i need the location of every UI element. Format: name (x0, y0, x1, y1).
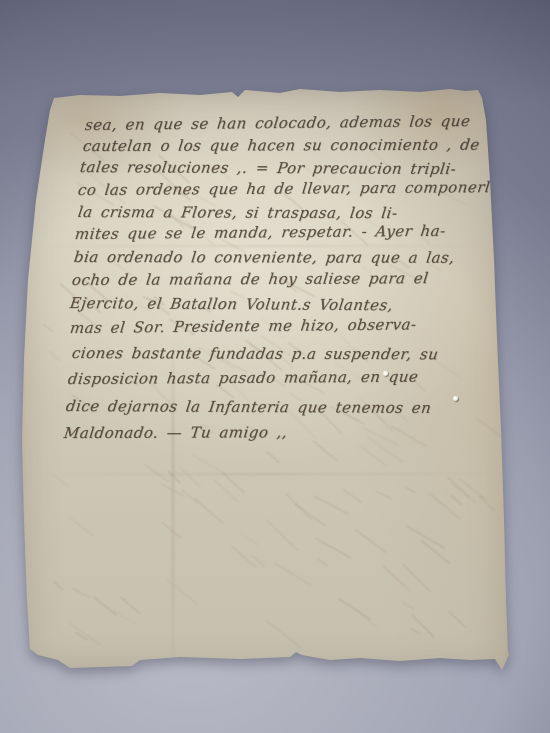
handwriting-line: disposicion hasta pasado mañana, en que (67, 367, 420, 389)
handwriting-line: cautelan o los que hacen su conocimiento… (82, 135, 481, 156)
handwriting-line: Maldonado. — Tu amigo ,, (63, 422, 289, 443)
letter-paper: sea, en que se han colocado, ademas los … (0, 0, 550, 733)
photo-backdrop: sea, en que se han colocado, ademas los … (0, 0, 550, 733)
handwriting: sea, en que se han colocado, ademas los … (20, 85, 510, 675)
handwriting-line: co las ordenes que ha de llevar, para co… (77, 177, 501, 200)
paper-speck (383, 371, 388, 376)
handwriting-line: la crisma a Flores, si traspasa, los li- (77, 202, 399, 223)
handwriting-line: Ejercito, el Batallon Volunt.s Volantes, (69, 293, 395, 315)
handwriting-line: ciones bastante fundadas p.a suspender, … (71, 343, 440, 364)
handwriting-line: bia ordenado lo conveniente, para que a … (73, 247, 456, 268)
paper-sheet: sea, en que se han colocado, ademas los … (20, 85, 510, 675)
handwriting-line: tales resoluciones ,. = Por precaucion t… (79, 157, 458, 179)
handwriting-line: sea, en que se han colocado, ademas los … (84, 111, 472, 135)
handwriting-line: ocho de la mañana de hoy saliese para el (71, 268, 430, 290)
handwriting-line: mas el Sor. Presidente me hizo, observa- (69, 314, 418, 338)
handwriting-line: mites que se le manda, respetar. - Ayer … (74, 221, 447, 244)
handwriting-line: dice dejarnos la Infanteria que tenemos … (65, 396, 433, 418)
paper-speck (453, 396, 458, 401)
